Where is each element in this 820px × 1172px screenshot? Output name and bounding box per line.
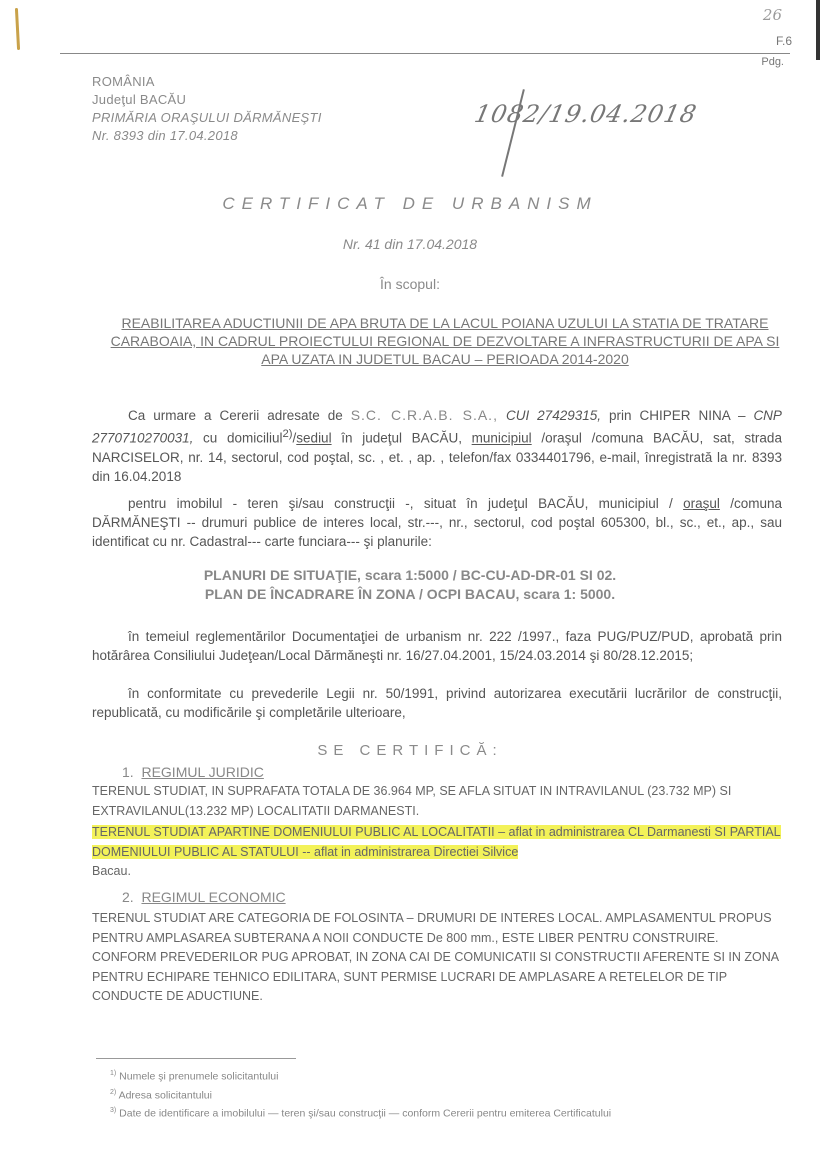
county: Judeţul BACĂU xyxy=(92,91,322,109)
certificate-title: CERTIFICAT DE URBANISM xyxy=(0,194,820,214)
footnote-mark: 3) xyxy=(110,1107,116,1114)
section-1-tail: Bacau. xyxy=(92,862,784,882)
legal-basis-1-text: în temeiul reglementărilor Documentaţiei… xyxy=(92,629,782,663)
footnote-3: 3) Date de identificare a imobilului — t… xyxy=(110,1103,611,1122)
footnote-mark: 1) xyxy=(110,1070,116,1077)
representative: prin CHIPER NINA – xyxy=(609,408,745,423)
footnote-mark: 2) xyxy=(110,1089,116,1096)
certificate-number: Nr. 41 din 17.04.2018 xyxy=(0,236,820,252)
section-1-text: TERENUL STUDIAT, IN SUPRAFATA TOTALA DE … xyxy=(92,782,784,821)
plans-list: PLANURI DE SITUAŢIE, scara 1:5000 / BC-C… xyxy=(0,566,820,604)
legal-basis-2-text: în conformitate cu prevederile Legii nr.… xyxy=(92,686,782,720)
footnote-1: 1) Numele şi prenumele solicitantului xyxy=(110,1066,611,1085)
country: ROMÂNIA xyxy=(92,73,322,91)
footnote-divider xyxy=(96,1058,296,1059)
section-2-title: REGIMUL ECONOMIC xyxy=(141,889,285,905)
section-2-body: TERENUL STUDIAT ARE CATEGORIA DE FOLOSIN… xyxy=(92,909,784,1007)
pdg-label: Pdg. xyxy=(761,56,784,68)
footnote-text: Date de identificare a imobilului — tere… xyxy=(119,1108,611,1120)
handwritten-registration: 1082/19.04.2018 xyxy=(472,100,700,128)
document-page: 26 F.6 Pdg. ROMÂNIA Judeţul BACĂU PRIMĂR… xyxy=(0,0,820,1172)
section-1-body: TERENUL STUDIAT, IN SUPRAFATA TOTALA DE … xyxy=(92,782,784,882)
footnotes: 1) Numele şi prenumele solicitantului 2)… xyxy=(110,1066,611,1122)
section-2-number: 2. xyxy=(122,889,134,905)
section-1-highlighted: TERENUL STUDIAT APARTINE DOMENIULUI PUBL… xyxy=(92,823,784,862)
legal-basis-2: în conformitate cu prevederile Legii nr.… xyxy=(92,684,782,722)
authority: PRIMĂRIA ORAŞULUI DĂRMĂNEŞTI xyxy=(92,109,322,127)
project-title: REABILITAREA ADUCTIUNII DE APA BRUTA DE … xyxy=(110,314,780,368)
request-county: în judeţul BACĂU, xyxy=(341,431,462,446)
request-intro: Ca urmare a Cererii adresate de xyxy=(128,408,343,423)
plan-line-1: PLANURI DE SITUAŢIE, scara 1:5000 / BC-C… xyxy=(0,566,820,585)
section-1-title: REGIMUL JURIDIC xyxy=(141,764,263,780)
footnote-text: Adresa solicitantului xyxy=(119,1089,212,1101)
footnote-2: 2) Adresa solicitantului xyxy=(110,1085,611,1104)
section-2-text-2: CONFORM PREVEDERILOR PUG APROBAT, IN ZON… xyxy=(92,948,784,1007)
property-paragraph: pentru imobilul - teren şi/sau construcţ… xyxy=(92,494,782,551)
top-divider xyxy=(60,53,790,54)
domicile-label: cu domiciliul xyxy=(203,431,282,446)
se-certifica-heading: SE CERTIFICĂ: xyxy=(0,742,820,759)
section-2-text: TERENUL STUDIAT ARE CATEGORIA DE FOLOSIN… xyxy=(92,909,784,948)
footnote-text: Numele şi prenumele solicitantului xyxy=(119,1071,278,1083)
company-cui: CUI 27429315, xyxy=(506,408,601,423)
scan-edge-shadow xyxy=(816,0,820,60)
company-name: S.C. C.R.A.B. S.A., xyxy=(351,407,498,423)
registration-number: Nr. 8393 din 17.04.2018 xyxy=(92,127,322,145)
highlighted-text: TERENUL STUDIAT APARTINE DOMENIULUI PUBL… xyxy=(92,825,781,859)
section-1-number: 1. xyxy=(122,764,134,780)
plan-line-2: PLAN DE ÎNCADRARE ÎN ZONA / OCPI BACAU, … xyxy=(0,585,820,604)
form-code: F.6 xyxy=(776,34,792,48)
handwritten-page-number: 26 xyxy=(763,6,782,24)
footnote-ref-2: 2) xyxy=(283,428,293,440)
sediul: sediul xyxy=(296,431,331,446)
issuer-header: ROMÂNIA Judeţul BACĂU PRIMĂRIA ORAŞULUI … xyxy=(92,73,322,145)
scope-label: În scopul: xyxy=(0,276,820,292)
section-1-heading: 1. REGIMUL JURIDIC xyxy=(122,764,264,780)
section-2-heading: 2. REGIMUL ECONOMIC xyxy=(122,889,286,905)
orasul: oraşul xyxy=(683,496,720,511)
margin-pen-mark xyxy=(15,8,20,50)
legal-basis-1: în temeiul reglementărilor Documentaţiei… xyxy=(92,627,782,665)
request-paragraph: Ca urmare a Cererii adresate de S.C. C.R… xyxy=(92,406,782,486)
municipiul: municipiul xyxy=(472,431,532,446)
property-text-a: pentru imobilul - teren şi/sau construcţ… xyxy=(128,496,673,511)
